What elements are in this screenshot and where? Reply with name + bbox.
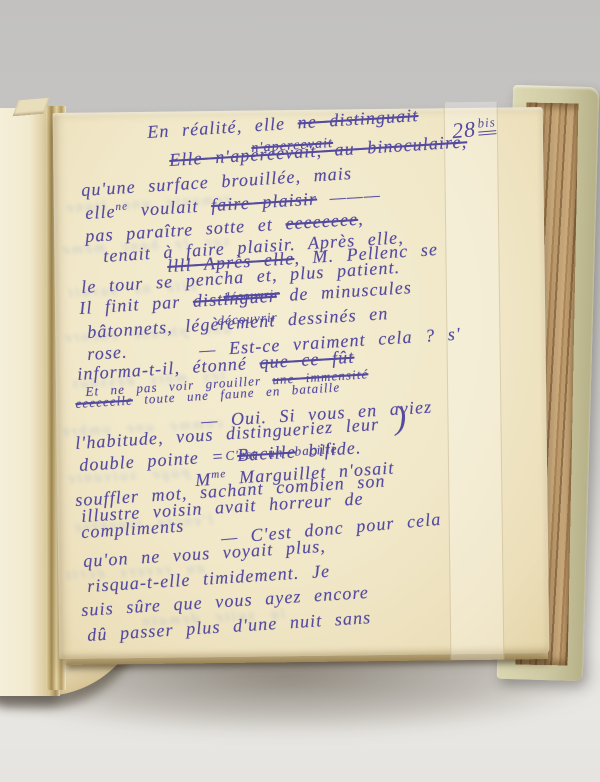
photo-of-manuscript: remonte une lignesur le banc mêmeelle ne… (0, 0, 600, 782)
handwriting-layer: 28bis En réalité, elle ne distinguaitn'a… (0, 0, 600, 782)
page-number-suffix: bis (477, 114, 497, 136)
